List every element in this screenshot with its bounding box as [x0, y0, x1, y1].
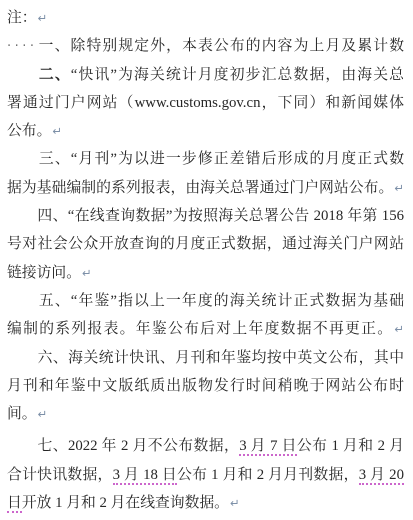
- text-segment: 开放 1 月和 2 月在线查询数据。: [22, 495, 229, 511]
- text-line: 署通过门户网站（www.customs.gov.cn，下同）和新闻媒体: [7, 89, 404, 117]
- text-segment: 一、除特别规定外，本表公布的内容为上月及累计数据。: [7, 38, 404, 60]
- smart-tag-date: 3 月 20: [359, 467, 404, 485]
- text-line: ····一、除特别规定外，本表公布的内容为上月及累计数据。↵: [7, 32, 404, 60]
- text-line: 六、海关统计快讯、月刊和年鉴均按中英文公布，其中: [7, 344, 404, 372]
- text-segment: 公布 1 月和 2 月月刊数据，: [177, 467, 359, 483]
- text-segment: 署通过门户网站（www.customs.gov.cn，下同）和新闻媒体: [7, 95, 404, 111]
- text-segment: [7, 67, 39, 83]
- text-line: 四、“在线查询数据”为按照海关总署公告 2018 年第 156: [7, 202, 404, 230]
- text-segment: 月刊和年鉴中文版纸质出版物发行时间稍晚于网站公布时: [7, 378, 404, 394]
- text-line: 月刊和年鉴中文版纸质出版物发行时间稍晚于网站公布时: [7, 372, 404, 400]
- text-segment: 合计快讯数据，: [7, 467, 113, 483]
- text-segment: 六、海关统计快讯、月刊和年鉴均按中英文公布，其中: [7, 350, 404, 366]
- text-line: 号对社会公众开放查询的月度正式数据，通过海关门户网站: [7, 230, 404, 258]
- text-segment: 号对社会公众开放查询的月度正式数据，通过海关门户网站: [7, 236, 404, 252]
- notes-text: 注：↵····一、除特别规定外，本表公布的内容为上月及累计数据。↵ 二、“快讯”…: [7, 4, 404, 517]
- text-line: 注：↵: [7, 4, 404, 32]
- document-page: 注：↵····一、除特别规定外，本表公布的内容为上月及累计数据。↵ 二、“快讯”…: [0, 0, 413, 520]
- smart-tag-date: 日: [7, 495, 22, 513]
- text-segment: 公布。: [7, 123, 51, 139]
- paragraph-mark-icon: ↵: [229, 496, 240, 510]
- text-segment: 注：: [7, 10, 37, 26]
- text-segment: 七、2022 年 2 月不公布数据，: [7, 438, 239, 454]
- space-format-marks: ····: [7, 39, 38, 54]
- paragraph-mark-icon: ↵: [393, 181, 404, 195]
- text-segment: 间。: [7, 406, 37, 422]
- text-line: 间。↵: [7, 400, 404, 428]
- paragraph-mark-icon: ↵: [393, 322, 404, 336]
- text-segment: 公布 1 月和 2 月: [297, 438, 404, 454]
- text-segment: 三、“月刊”为以进一步修正差错后形成的月度正式数: [7, 151, 404, 167]
- text-line: 二、“快讯”为海关统计月度初步汇总数据，由海关总: [7, 61, 404, 89]
- text-line: 五、“年鉴”指以上一年度的海关统计正式数据为基础: [7, 287, 404, 315]
- text-line: 编制的系列报表。年鉴公布后对上年度数据不再更正。↵: [7, 315, 404, 343]
- paragraph-mark-icon: ↵: [37, 11, 48, 25]
- text-line: 三、“月刊”为以进一步修正差错后形成的月度正式数: [7, 145, 404, 173]
- text-segment: 五、“年鉴”指以上一年度的海关统计正式数据为基础: [7, 293, 404, 309]
- smart-tag-date: 3 月 18 日: [113, 467, 177, 485]
- text-segment: 链接访问。: [7, 265, 81, 281]
- text-line: 公布。↵: [7, 117, 404, 145]
- paragraph-mark-icon: ↵: [81, 266, 92, 280]
- text-segment: 四、“在线查询数据”为按照海关总署公告 2018 年第 156: [7, 208, 404, 224]
- text-line: 链接访问。↵: [7, 259, 404, 287]
- text-segment: 据为基础编制的系列报表，由海关总署通过门户网站公布。: [7, 180, 393, 196]
- text-line: 合计快讯数据，3 月 18 日公布 1 月和 2 月月刊数据，3 月 20: [7, 461, 404, 489]
- text-line: 据为基础编制的系列报表，由海关总署通过门户网站公布。↵: [7, 174, 404, 202]
- text-segment: 编制的系列报表。年鉴公布后对上年度数据不再更正。: [7, 321, 393, 337]
- text-line: 七、2022 年 2 月不公布数据，3 月 7 日公布 1 月和 2 月: [7, 432, 404, 460]
- text-segment: “快讯”为海关统计月度初步汇总数据，由海关总: [71, 67, 404, 83]
- paragraph-mark-icon: ↵: [51, 124, 62, 138]
- text-line: 日开放 1 月和 2 月在线查询数据。↵: [7, 489, 404, 517]
- paragraph-mark-icon: ↵: [37, 407, 48, 421]
- smart-tag-date: 3 月 7 日: [239, 438, 297, 456]
- bold-list-number: 二、: [39, 67, 71, 83]
